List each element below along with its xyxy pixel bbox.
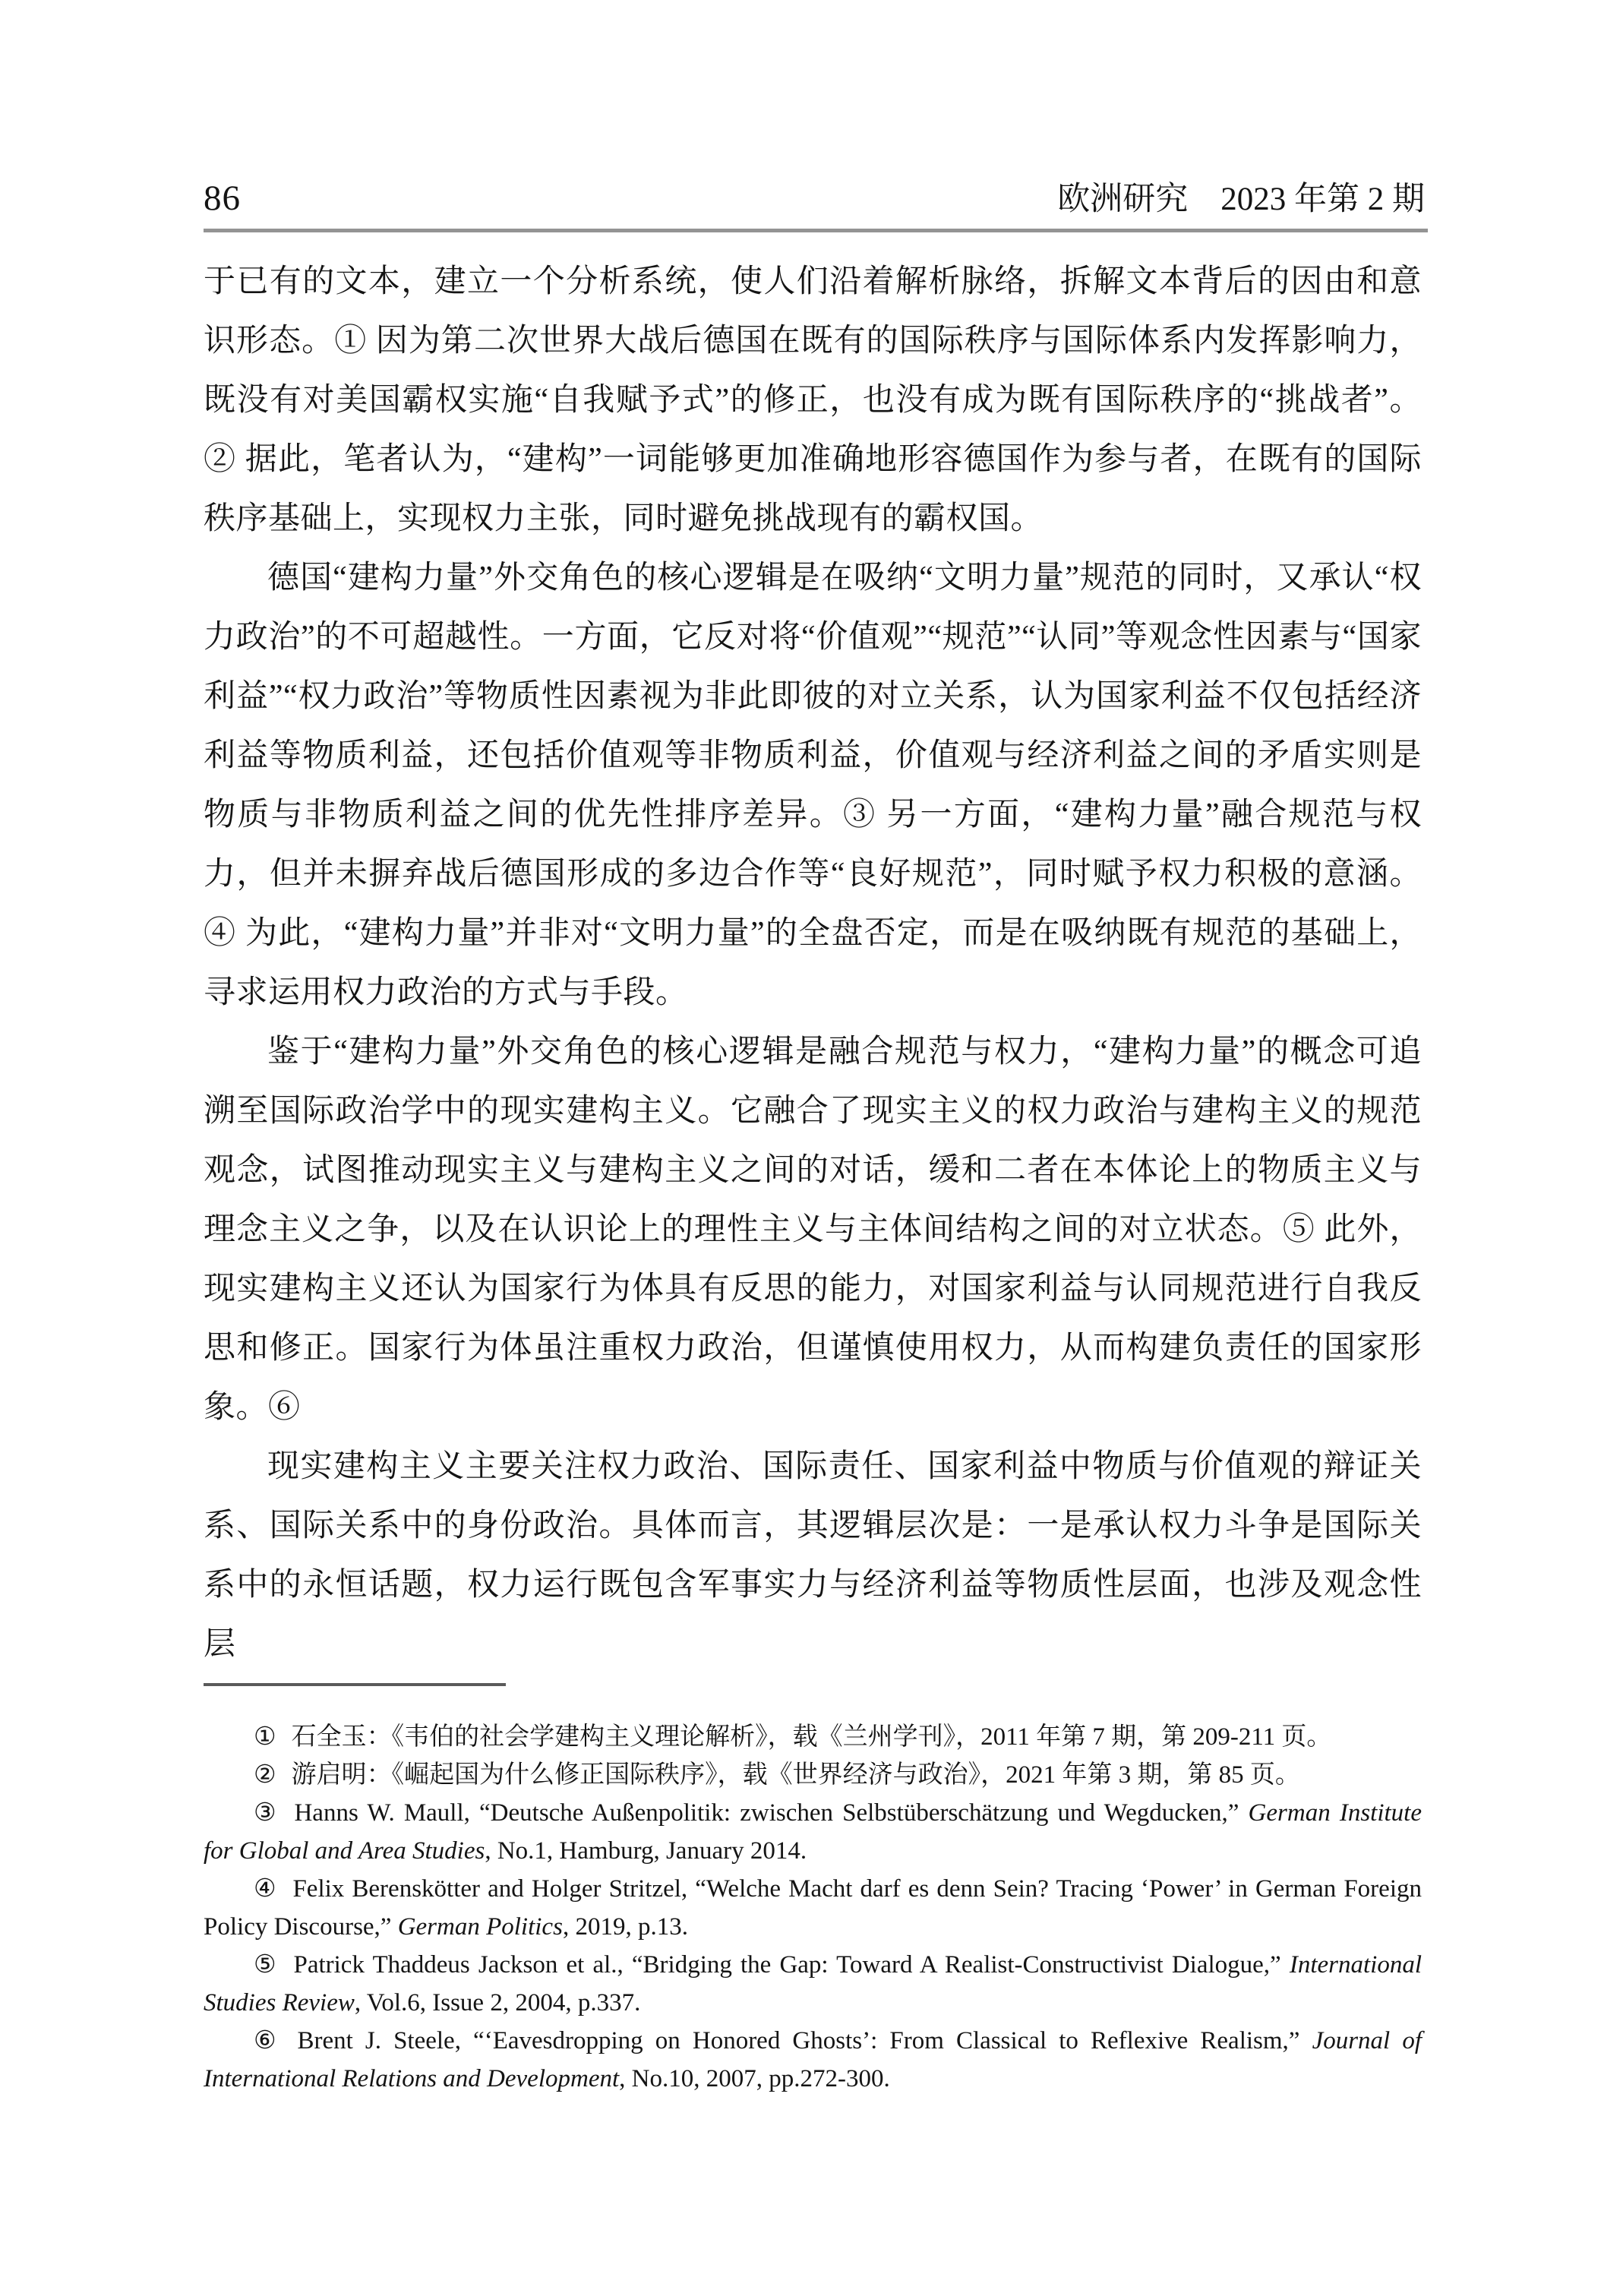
footnote-marker: ⑥ <box>254 2027 282 2054</box>
page-header: 86 欧洲研究 2023 年第 2 期 <box>204 173 1425 219</box>
footnote: ④Felix Berenskötter and Holger Stritzel,… <box>204 1870 1422 1946</box>
footnote-text: , Vol.6, Issue 2, 2004, p.337. <box>355 1989 640 2017</box>
footnote: ⑤Patrick Thaddeus Jackson et al., “Bridg… <box>204 1946 1422 2022</box>
footnote-text: Hanns W. Maull, “Deutsche Außenpolitik: … <box>294 1799 1248 1827</box>
footnote-marker: ⑤ <box>254 1951 278 1979</box>
page-number: 86 <box>204 178 241 219</box>
journal-issue-info: 欧洲研究 2023 年第 2 期 <box>1057 173 1425 219</box>
footnote-text: Brent J. Steele, “‘Eavesdropping on Hono… <box>297 2027 1312 2054</box>
footnote-journal-title: German Politics <box>398 1913 563 1941</box>
footnote-marker: ② <box>254 1761 276 1789</box>
footnote-text: , 2019, p.13. <box>563 1913 688 1941</box>
paragraph: 德国“建构力量”外交角色的核心逻辑是在吸纳“文明力量”规范的同时，又承认“权力政… <box>204 548 1422 1022</box>
footnote-marker: ③ <box>254 1799 279 1827</box>
journal-page: 86 欧洲研究 2023 年第 2 期 于已有的文本，建立一个分析系统，使人们沿… <box>0 0 1623 2296</box>
footnote: ③Hanns W. Maull, “Deutsche Außenpolitik:… <box>204 1794 1422 1870</box>
footnote-text: 石全玉：《韦伯的社会学建构主义理论解析》，载《兰州学刊》，2011 年第 7 期… <box>292 1723 1332 1751</box>
body-text: 于已有的文本，建立一个分析系统，使人们沿着解析脉络，拆解文本背后的因由和意识形态… <box>204 252 1422 1674</box>
paragraph: 现实建构主义主要关注权力政治、国际责任、国家利益中物质与价值观的辩证关系、国际关… <box>204 1437 1422 1674</box>
footnote-separator <box>204 1683 506 1686</box>
paragraph: 鉴于“建构力量”外交角色的核心逻辑是融合规范与权力，“建构力量”的概念可追溯至国… <box>204 1022 1422 1437</box>
header-divider <box>204 229 1428 232</box>
footnote: ①石全玉：《韦伯的社会学建构主义理论解析》，载《兰州学刊》，2011 年第 7 … <box>204 1718 1422 1756</box>
footnote-text: , No.10, 2007, pp.272-300. <box>619 2065 890 2092</box>
footnote: ⑥Brent J. Steele, “‘Eavesdropping on Hon… <box>204 2022 1422 2098</box>
footnote-text: 游启明：《崛起国为什么修正国际秩序》，载《世界经济与政治》，2021 年第 3 … <box>292 1761 1300 1789</box>
footnote-text: Felix Berenskötter and Holger Stritzel, … <box>204 1875 1422 1941</box>
paragraph: 于已有的文本，建立一个分析系统，使人们沿着解析脉络，拆解文本背后的因由和意识形态… <box>204 252 1422 548</box>
footnote: ②游启明：《崛起国为什么修正国际秩序》，载《世界经济与政治》，2021 年第 3… <box>204 1756 1422 1794</box>
footnote-marker: ① <box>254 1723 276 1751</box>
footnote-marker: ④ <box>254 1875 277 1903</box>
footnotes: ①石全玉：《韦伯的社会学建构主义理论解析》，载《兰州学刊》，2011 年第 7 … <box>204 1718 1422 2098</box>
footnote-text: Patrick Thaddeus Jackson et al., “Bridgi… <box>293 1951 1289 1979</box>
footnote-text: , No.1, Hamburg, January 2014. <box>485 1837 807 1865</box>
